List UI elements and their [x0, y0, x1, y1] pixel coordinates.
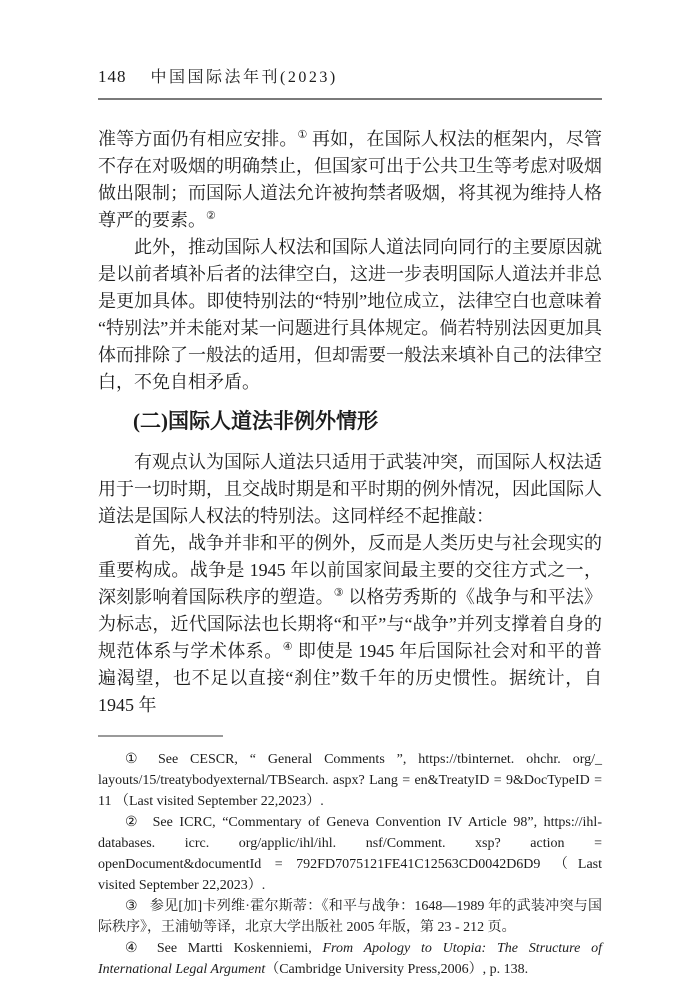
footnote-ref: ②: [206, 210, 216, 222]
body-text: 准等方面仍有相应安排。① 再如，在国际人权法的框架内，尽管不存在对吸烟的明确禁止…: [98, 126, 602, 719]
paragraph: 有观点认为国际人道法只适用于武装冲突，而国际人权法适用于一切时期，且交战时期是和…: [98, 449, 602, 530]
footnote-item: ③参见[加]卡列维·霍尔斯蒂：《和平与战争：1648—1989 年的武装冲突与国…: [98, 896, 602, 938]
footnotes-list: ①See CESCR, “ General Comments ”, https:…: [98, 749, 602, 980]
footnote-text: See ICRC, “Commentary of Geneva Conventi…: [98, 815, 602, 893]
section-heading: (二)国际人道法非例外情形: [98, 407, 602, 436]
running-title: 中国国际法年刊(2023): [151, 64, 338, 87]
footnote-item: ②See ICRC, “Commentary of Geneva Convent…: [98, 812, 602, 896]
footnotes-section: ①See CESCR, “ General Comments ”, https:…: [98, 735, 602, 980]
footnote-marker: ①: [125, 752, 146, 767]
paragraph: 首先，战争并非和平的例外，反而是人类历史与社会现实的重要构成。战争是 1945 …: [98, 530, 602, 719]
footnote-ref: ④: [283, 641, 293, 653]
running-header: 148 中国国际法年刊(2023): [98, 0, 602, 100]
paragraph-continuation: 准等方面仍有相应安排。① 再如，在国际人权法的框架内，尽管不存在对吸烟的明确禁止…: [98, 126, 602, 234]
footnote-ref: ①: [298, 129, 308, 141]
footnote-text: 参见[加]卡列维·霍尔斯蒂：《和平与战争：1648—1989 年的武装冲突与国际…: [98, 899, 602, 935]
page-number: 148: [98, 67, 127, 87]
footnote-text: （Cambridge University Press,2006）, p. 13…: [265, 962, 528, 977]
book-page: 148 中国国际法年刊(2023) 准等方面仍有相应安排。① 再如，在国际人权法…: [0, 0, 700, 993]
footnote-item: ①See CESCR, “ General Comments ”, https:…: [98, 749, 602, 812]
footnote-marker: ④: [125, 941, 145, 956]
footnote-text: See Martti Koskenniemi,: [157, 941, 323, 956]
footnote-ref: ③: [334, 587, 344, 599]
footnote-separator: [98, 735, 223, 737]
footnote-marker: ②: [125, 815, 141, 830]
footnote-item: ④See Martti Koskenniemi, From Apology to…: [98, 938, 602, 980]
paragraph: 此外，推动国际人权法和国际人道法同向同行的主要原因就是以前者填补后者的法律空白，…: [98, 234, 602, 396]
footnote-marker: ③: [125, 899, 138, 914]
footnote-text: See CESCR, “ General Comments ”, https:/…: [98, 752, 602, 809]
